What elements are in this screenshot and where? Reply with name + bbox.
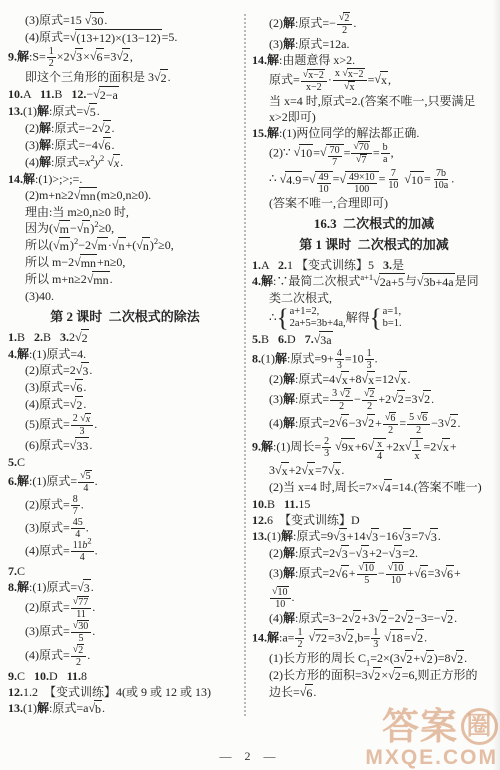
bold-text: 12. bbox=[8, 685, 23, 699]
bold-text: 解 bbox=[283, 546, 295, 560]
answer-line: 5.B 6.D 7.√3a bbox=[252, 331, 496, 348]
watermark: 答案圈 MXQE.COM bbox=[365, 708, 498, 768]
bold-text: 9.解 bbox=[252, 439, 273, 453]
sqrt-radical: √77 bbox=[73, 596, 90, 608]
sqrt-radical: √3 bbox=[389, 545, 403, 562]
sqrt-radical: √6 bbox=[300, 684, 314, 701]
bold-text: 解 bbox=[283, 391, 295, 405]
answer-line: 14.解:由题意得 x>2. bbox=[252, 52, 496, 68]
sqrt-radical: √x−2 bbox=[342, 68, 364, 80]
bold-text: 12. bbox=[252, 513, 267, 527]
column-right: (2)解:原式=−√22.(3)解:原式=12a.14.解:由题意得 x>2.原… bbox=[252, 12, 496, 701]
answer-line: 9.C 10.D 11.8 bbox=[8, 668, 242, 684]
sqrt-radical: √18 bbox=[384, 629, 404, 646]
bold-text: 11. bbox=[284, 497, 298, 511]
fraction: √70√7 bbox=[350, 141, 373, 166]
bold-text: 13. bbox=[8, 701, 23, 715]
bold-text: 9.解 bbox=[8, 49, 29, 63]
sqrt-radical: √3 bbox=[77, 579, 91, 596]
sqrt-radical: √x bbox=[394, 371, 408, 388]
sqrt-radical: √m bbox=[53, 237, 70, 254]
answer-line: 10.A 11.B 12.−√2−a bbox=[8, 86, 242, 103]
sqrt-radical: √72 bbox=[308, 629, 328, 646]
fraction: √1010 bbox=[269, 586, 292, 610]
answer-line: 12.6 【变式训练】D bbox=[252, 512, 496, 528]
sqrt-radical: √9x bbox=[335, 438, 355, 455]
sqrt-radical: √2 bbox=[388, 667, 402, 684]
sqrt-radical: √2 bbox=[368, 667, 382, 684]
fraction: 7b10a bbox=[431, 168, 451, 191]
bold-text: 2. bbox=[278, 258, 287, 272]
sqrt-radical: √m bbox=[91, 237, 108, 254]
sqrt-radical: √2 bbox=[348, 610, 362, 627]
sqrt-radical: √3 bbox=[76, 362, 90, 379]
sqrt-radical: √6 bbox=[335, 565, 349, 582]
answer-line: 14.解:(1)>;>;=. bbox=[8, 171, 242, 187]
sqrt-radical: √3 bbox=[398, 528, 412, 545]
sqrt-radical: √x bbox=[275, 462, 289, 479]
bold-text: 解 bbox=[283, 37, 295, 51]
sqrt-radical: √6 bbox=[335, 414, 349, 431]
answer-line: 原式=√x−2x−2·x √x−2√x=√x, bbox=[252, 68, 496, 93]
sqrt-radical: √2a+5 bbox=[373, 273, 405, 290]
sqrt-radical: √10 bbox=[404, 171, 424, 188]
bold-text: 14.解 bbox=[8, 172, 35, 186]
answer-line: (3)原式=√305. bbox=[8, 620, 242, 644]
section-heading: 第 2 课时 二次根式的除法 bbox=[8, 309, 242, 325]
watermark-brand: 答案圈 bbox=[365, 708, 498, 745]
answer-line: 9.解:(1)周长=23 √9x+6√x4+2x√1x=2√x+ bbox=[252, 436, 496, 462]
bold-text: 2. bbox=[34, 330, 43, 344]
sqrt-radical: √x bbox=[107, 154, 120, 171]
sqrt-radical: √3 bbox=[356, 545, 370, 562]
fraction: 3 √22 bbox=[329, 388, 354, 412]
sqrt-radical: √30 bbox=[85, 12, 105, 29]
section-heading: 16.3 二次根式的加减 bbox=[252, 216, 496, 232]
answer-line: (2)原式=√7711. bbox=[8, 596, 242, 620]
sqrt-radical: √2 bbox=[451, 650, 465, 667]
answer-line: 6.解:(1)原式=√54. bbox=[8, 470, 242, 494]
superscript: 2 bbox=[87, 536, 91, 546]
answer-line: 1.B 2.B 3.2√2 bbox=[8, 329, 242, 346]
sqrt-radical: √5 bbox=[80, 470, 92, 482]
sqrt-radical: √2 bbox=[340, 388, 352, 400]
answer-line: (2)长方形的面积=3√2×√2=6,则正方形的 bbox=[252, 667, 496, 684]
bold-text: 6.解 bbox=[8, 474, 29, 488]
sqrt-radical: √2−a bbox=[93, 86, 119, 103]
fraction: 11b24 bbox=[70, 540, 95, 563]
bold-text: 9. bbox=[8, 669, 17, 683]
sqrt-radical: √2 bbox=[441, 610, 455, 627]
answer-line: ∴ √4.9=√4910=√49×10100=710 √10=7b10a. bbox=[252, 168, 496, 194]
sqrt-radical: √m bbox=[53, 220, 70, 237]
answer-line: 12.1.2 【变式训练】4(或 9 或 12 或 13) bbox=[8, 684, 242, 700]
sqrt-radical: √5 bbox=[83, 103, 97, 120]
fraction: √7711 bbox=[70, 596, 93, 620]
italic-variable: x bbox=[114, 156, 119, 170]
answer-line: √1010. bbox=[252, 586, 496, 610]
answer-line: x>2即可) bbox=[252, 109, 496, 125]
sqrt-radical: √6 bbox=[385, 412, 397, 424]
bold-text: 5. bbox=[8, 455, 17, 469]
sqrt-radical: √707 bbox=[320, 144, 344, 168]
watermark-brand-text: 答案 bbox=[382, 708, 458, 745]
sqrt-radical: √2 bbox=[420, 650, 434, 667]
sqrt-radical: √mn bbox=[74, 187, 97, 204]
fraction: 49×10100 bbox=[346, 172, 378, 195]
sqrt-radical: √49×10100 bbox=[339, 171, 378, 195]
bold-text: 13. bbox=[8, 104, 23, 118]
answer-line: (2)解:原式=4√x+8√x=12√x. bbox=[252, 371, 496, 388]
fraction: √1010 bbox=[385, 562, 408, 586]
answer-line: (4)原式=√(13+12)×(13−12)=5. bbox=[8, 29, 242, 46]
fraction: 43 bbox=[334, 348, 345, 371]
sqrt-radical: √2 bbox=[362, 414, 376, 431]
fraction: 2 √x3 bbox=[70, 413, 94, 437]
answer-line: (3)原式=454. bbox=[8, 517, 242, 540]
bold-text: 解 bbox=[283, 415, 295, 429]
answer-line: 8.(1)解:原式=9+43=1013. bbox=[252, 348, 496, 371]
sqrt-radical: √7 bbox=[356, 154, 368, 166]
sqrt-radical: √2 bbox=[444, 414, 458, 431]
scan-edge-shadow bbox=[492, 0, 500, 770]
answer-line: (2)当 x=4 时,周长=7×√4=14.(答案不唯一) bbox=[252, 479, 496, 496]
sqrt-radical: √2 bbox=[75, 329, 89, 346]
fraction: 1x bbox=[411, 439, 422, 462]
answer-line: (3)解:原式=3 √22−√22+2√2=3√2. bbox=[252, 388, 496, 412]
sqrt-radical: √x bbox=[335, 371, 349, 388]
sqrt-radical: √n bbox=[136, 237, 150, 254]
bold-text: 15.解 bbox=[252, 126, 279, 140]
section-heading: 第 1 课时 二次根式的加减 bbox=[252, 237, 496, 253]
answer-line: (1)长方形的周长 C1=2×(3√2+√2)=8√2. bbox=[252, 650, 496, 667]
sqrt-radical: √3 bbox=[366, 528, 380, 545]
answer-line: 3√x+2√x=7√x. bbox=[252, 462, 496, 479]
bold-text: 解 bbox=[283, 566, 295, 580]
sqrt-radical: √n bbox=[77, 220, 91, 237]
bold-text: 11. bbox=[67, 669, 81, 683]
answer-line: (2)m+n≥2√mn(m≥0,n≥0). bbox=[8, 187, 242, 204]
fraction: √105 bbox=[356, 562, 379, 586]
fraction: 710 bbox=[385, 168, 401, 191]
fraction: 13 bbox=[370, 627, 381, 650]
bold-text: 14.解 bbox=[252, 630, 279, 644]
sqrt-radical: √6 bbox=[417, 412, 429, 424]
answer-line: 5.C bbox=[8, 454, 242, 470]
fraction: √22 bbox=[336, 12, 354, 36]
answer-line: (4)原式=√2. bbox=[8, 396, 242, 413]
answer-line: (5)原式=2 √x3. bbox=[8, 413, 242, 437]
bold-text: 5. bbox=[252, 332, 261, 346]
answer-line: 所以 m−2√mn+n≥0, bbox=[8, 254, 242, 271]
fraction: x √x−2√x bbox=[332, 68, 368, 93]
sqrt-radical: √2 bbox=[70, 396, 84, 413]
fraction: √305 bbox=[70, 620, 93, 644]
sqrt-radical: √n bbox=[112, 237, 126, 254]
answer-line: (3)解:原式=2√6+√105−√1010+√6=3√6+ bbox=[252, 562, 496, 586]
answer-line: (4)解:原式=2√6−3√2+√62=5 √62−3√2. bbox=[252, 412, 496, 436]
sqrt-radical: √3 bbox=[333, 528, 347, 545]
answer-line: 10.B 11.15 bbox=[252, 496, 496, 512]
sqrt-radical: √x−2 bbox=[303, 69, 325, 81]
answer-line: 边长=√6. bbox=[252, 684, 496, 701]
fraction: 4910 bbox=[316, 172, 332, 195]
bold-text: 解 bbox=[281, 529, 293, 543]
sqrt-radical: √4 bbox=[378, 479, 392, 496]
answer-line: 13.(1)解:原式=9√3+14√3−16√3=7√3. bbox=[252, 528, 496, 545]
fraction: 12 bbox=[294, 627, 305, 650]
bold-text: 12. bbox=[71, 87, 86, 101]
sqrt-radical: √b bbox=[88, 700, 102, 717]
sqrt-radical: √10 bbox=[294, 144, 314, 161]
answer-line: 9.解:S=12×2√3×√6=3√2, bbox=[8, 46, 242, 69]
sqrt-radical: √x4 bbox=[368, 438, 387, 462]
sqrt-radical: √10 bbox=[359, 562, 376, 574]
superscript: 2 bbox=[94, 219, 98, 229]
bold-text: 4.解 bbox=[8, 347, 29, 361]
answer-line: (4)原式=11b24. bbox=[8, 540, 242, 563]
answer-line: 所以 m+n≥2√mn. bbox=[8, 271, 242, 288]
sqrt-radical: √4.9 bbox=[280, 171, 303, 188]
answer-line: 所以(√m)2−2√m·√n+(√n)2≥0, bbox=[8, 237, 242, 254]
bold-text: 8. bbox=[252, 351, 261, 365]
answer-line: (3)解:原式=12a. bbox=[252, 36, 496, 52]
sqrt-radical: √4910 bbox=[309, 171, 333, 195]
answer-line: 7.C bbox=[8, 563, 242, 579]
bold-text: 3. bbox=[383, 258, 392, 272]
sqrt-radical: √3a bbox=[314, 331, 333, 348]
superscript: 2 bbox=[100, 153, 104, 163]
sqrt-radical: √6 bbox=[98, 137, 112, 154]
bold-text: 11. bbox=[40, 87, 54, 101]
answer-line: (3)原式=15 √30. bbox=[8, 12, 242, 29]
column-divider bbox=[244, 14, 246, 716]
fraction: √22 bbox=[70, 644, 88, 668]
answer-line: 1.A 2.1 【变式训练】5 3.是 bbox=[252, 257, 496, 273]
sqrt-radical: √1x bbox=[405, 438, 424, 462]
sqrt-radical: √x bbox=[362, 371, 376, 388]
bold-text: 14.解 bbox=[252, 53, 279, 67]
answer-line: 即这个三角形的面积是 3√2. bbox=[8, 69, 242, 86]
answer-line: (3)原式=√6. bbox=[8, 379, 242, 396]
answer-line: 类二次根式, bbox=[252, 290, 496, 306]
bold-text: 7. bbox=[8, 564, 17, 578]
fraction: 87 bbox=[70, 494, 81, 517]
answer-line: (2)原式=2√3. bbox=[8, 362, 242, 379]
answer-line: 13.(1)解:原式=a√b. bbox=[8, 700, 242, 717]
sqrt-radical: √2 bbox=[116, 48, 130, 65]
sqrt-radical: √mn bbox=[87, 271, 110, 288]
answer-page: (3)原式=15 √30.(4)原式=√(13+12)×(13−12)=5.9.… bbox=[0, 0, 500, 770]
sqrt-radical: √2 bbox=[73, 644, 85, 656]
superscript: 2 bbox=[74, 236, 78, 246]
sqrt-radical: √6 bbox=[90, 48, 104, 65]
sqrt-radical: √30 bbox=[73, 620, 90, 632]
sqrt-radical: √33 bbox=[70, 437, 90, 454]
sqrt-radical: √6 bbox=[414, 565, 428, 582]
answer-line: (2)原式=87. bbox=[8, 494, 242, 517]
sqrt-radical: √70 bbox=[353, 141, 370, 153]
sqrt-radical: √6 bbox=[70, 379, 84, 396]
sqrt-radical: √3b+4a bbox=[417, 273, 455, 290]
answer-line: (2)解:原式=−2√2. bbox=[8, 120, 242, 137]
italic-variable: x bbox=[86, 414, 90, 425]
sqrt-radical: √2 bbox=[341, 629, 355, 646]
answer-line: (4)解:原式=3−2√2+3√2−2√2−3=−√2. bbox=[252, 610, 496, 627]
answer-line: (3)40. bbox=[8, 288, 242, 304]
sqrt-radical: √6 bbox=[440, 565, 454, 582]
fraction: 13 bbox=[364, 348, 375, 371]
fraction: 707 bbox=[327, 145, 343, 168]
bold-text: 7. bbox=[305, 332, 314, 346]
bold-text: 解 bbox=[283, 611, 295, 625]
sqrt-radical: √2 bbox=[339, 12, 351, 24]
sqrt-radical: √2 bbox=[401, 610, 415, 627]
bold-text: 8.解 bbox=[8, 580, 29, 594]
answer-line: 理由:当 m≥0,n≥0 时, bbox=[8, 204, 242, 220]
bold-text: 解 bbox=[39, 138, 51, 152]
bold-text: 解 bbox=[37, 104, 49, 118]
answer-line: (4)原式=√22. bbox=[8, 644, 242, 668]
bold-text: 1. bbox=[252, 258, 261, 272]
answer-line: (2)解:原式=−√22. bbox=[252, 12, 496, 36]
sqrt-radical: √10 bbox=[388, 562, 405, 574]
answer-line: 14.解:a=12 √72=3√2,b=13 √18=√2. bbox=[252, 627, 496, 650]
sqrt-radical: √mn bbox=[74, 254, 97, 271]
sqrt-radical: √2 bbox=[400, 650, 414, 667]
fraction: 12 bbox=[46, 46, 57, 69]
fraction: 23 bbox=[321, 436, 332, 459]
bold-text: 1. bbox=[8, 330, 17, 344]
fraction: x4 bbox=[374, 439, 385, 462]
bold-text: 解 bbox=[39, 121, 51, 135]
superscript: 2 bbox=[154, 236, 158, 246]
fraction: √54 bbox=[77, 470, 95, 494]
subscript: 1 bbox=[366, 657, 370, 667]
bold-text: 4.解 bbox=[252, 274, 273, 288]
equation-system: {a+1=2,2a+5=3b+4a, bbox=[277, 306, 346, 331]
answer-line: 15.解:(1)两位同学的解法都正确. bbox=[252, 125, 496, 141]
fraction: √22 bbox=[361, 388, 379, 412]
sqrt-radical: √2 bbox=[154, 69, 168, 86]
sqrt-radical: √3 bbox=[335, 545, 349, 562]
answer-line: 因为(√m−√n)2≥0, bbox=[8, 220, 242, 237]
sqrt-radical: √x bbox=[80, 413, 91, 425]
answer-line: 8.解:(1)原式=√3. bbox=[8, 579, 242, 596]
bold-text: 解 bbox=[37, 701, 49, 715]
answer-line: (3)解:原式=−4√6. bbox=[8, 137, 242, 154]
column-left: (3)原式=15 √30.(4)原式=√(13+12)×(13−12)=5.9.… bbox=[8, 12, 242, 717]
sqrt-radical: √2 bbox=[374, 610, 388, 627]
sqrt-radical: √x bbox=[436, 438, 450, 455]
sqrt-radical: √(13+12)×(13−12) bbox=[70, 29, 162, 46]
sqrt-radical: √2 bbox=[98, 120, 112, 137]
answer-line: (4)解:原式=x2y2 √x. bbox=[8, 154, 242, 171]
bold-text: 解 bbox=[275, 351, 287, 365]
answer-line: 13.(1)解:原式=√5. bbox=[8, 103, 242, 120]
bold-text: 10. bbox=[8, 87, 23, 101]
bold-text: 13. bbox=[252, 529, 267, 543]
bold-text: 10. bbox=[252, 497, 267, 511]
fraction: ba bbox=[380, 142, 391, 165]
fraction: 454 bbox=[70, 517, 86, 540]
watermark-site-url: MXQE.COM bbox=[365, 747, 498, 768]
bold-text: 解 bbox=[283, 16, 295, 30]
fraction: √x−2x−2 bbox=[300, 69, 328, 93]
fraction: √62 bbox=[382, 412, 400, 436]
answer-line: (2)解:原式=2√3−√3+2−√3=2. bbox=[252, 545, 496, 562]
sqrt-radical: √x bbox=[301, 462, 315, 479]
sqrt-radical: √3 bbox=[70, 48, 84, 65]
bold-text: 6. bbox=[278, 332, 287, 346]
bold-text: 10. bbox=[34, 669, 49, 683]
sqrt-radical: √2 bbox=[391, 390, 405, 407]
bold-text: 解 bbox=[283, 372, 295, 386]
bold-text: 解 bbox=[39, 155, 51, 169]
sqrt-radical: √10 bbox=[272, 586, 289, 598]
superscript: a+1 bbox=[360, 272, 373, 282]
answer-line: (答案不唯一,合理即可) bbox=[252, 195, 496, 211]
sqrt-radical: √2 bbox=[418, 390, 432, 407]
equation-system: {a=1,b=1. bbox=[370, 306, 402, 331]
sqrt-radical: √x bbox=[374, 71, 388, 88]
answer-line: ∴{a+1=2,2a+5=3b+4a,解得{a=1,b=1. bbox=[252, 306, 496, 331]
answer-line: 4.解:(1)原式=4. bbox=[8, 346, 242, 362]
sqrt-radical: √2 bbox=[364, 388, 376, 400]
answer-line: 当 x=4 时,原式=2.(答案不唯一,只要满足 bbox=[252, 93, 496, 109]
fraction: 5 √62 bbox=[406, 412, 431, 436]
answer-line: (2)∵ √10=√707=√70√7=ba, bbox=[252, 141, 496, 168]
sqrt-radical: √x bbox=[344, 81, 356, 93]
sqrt-radical: √3 bbox=[424, 528, 438, 545]
sqrt-radical: √2 bbox=[411, 629, 425, 646]
sqrt-radical: √x bbox=[328, 462, 342, 479]
bold-text: 3. bbox=[60, 330, 69, 344]
answer-line: 4.解:∵最简二次根式a+1√2a+5与√3b+4a是同 bbox=[252, 273, 496, 290]
answer-line: (6)原式=√33. bbox=[8, 437, 242, 454]
